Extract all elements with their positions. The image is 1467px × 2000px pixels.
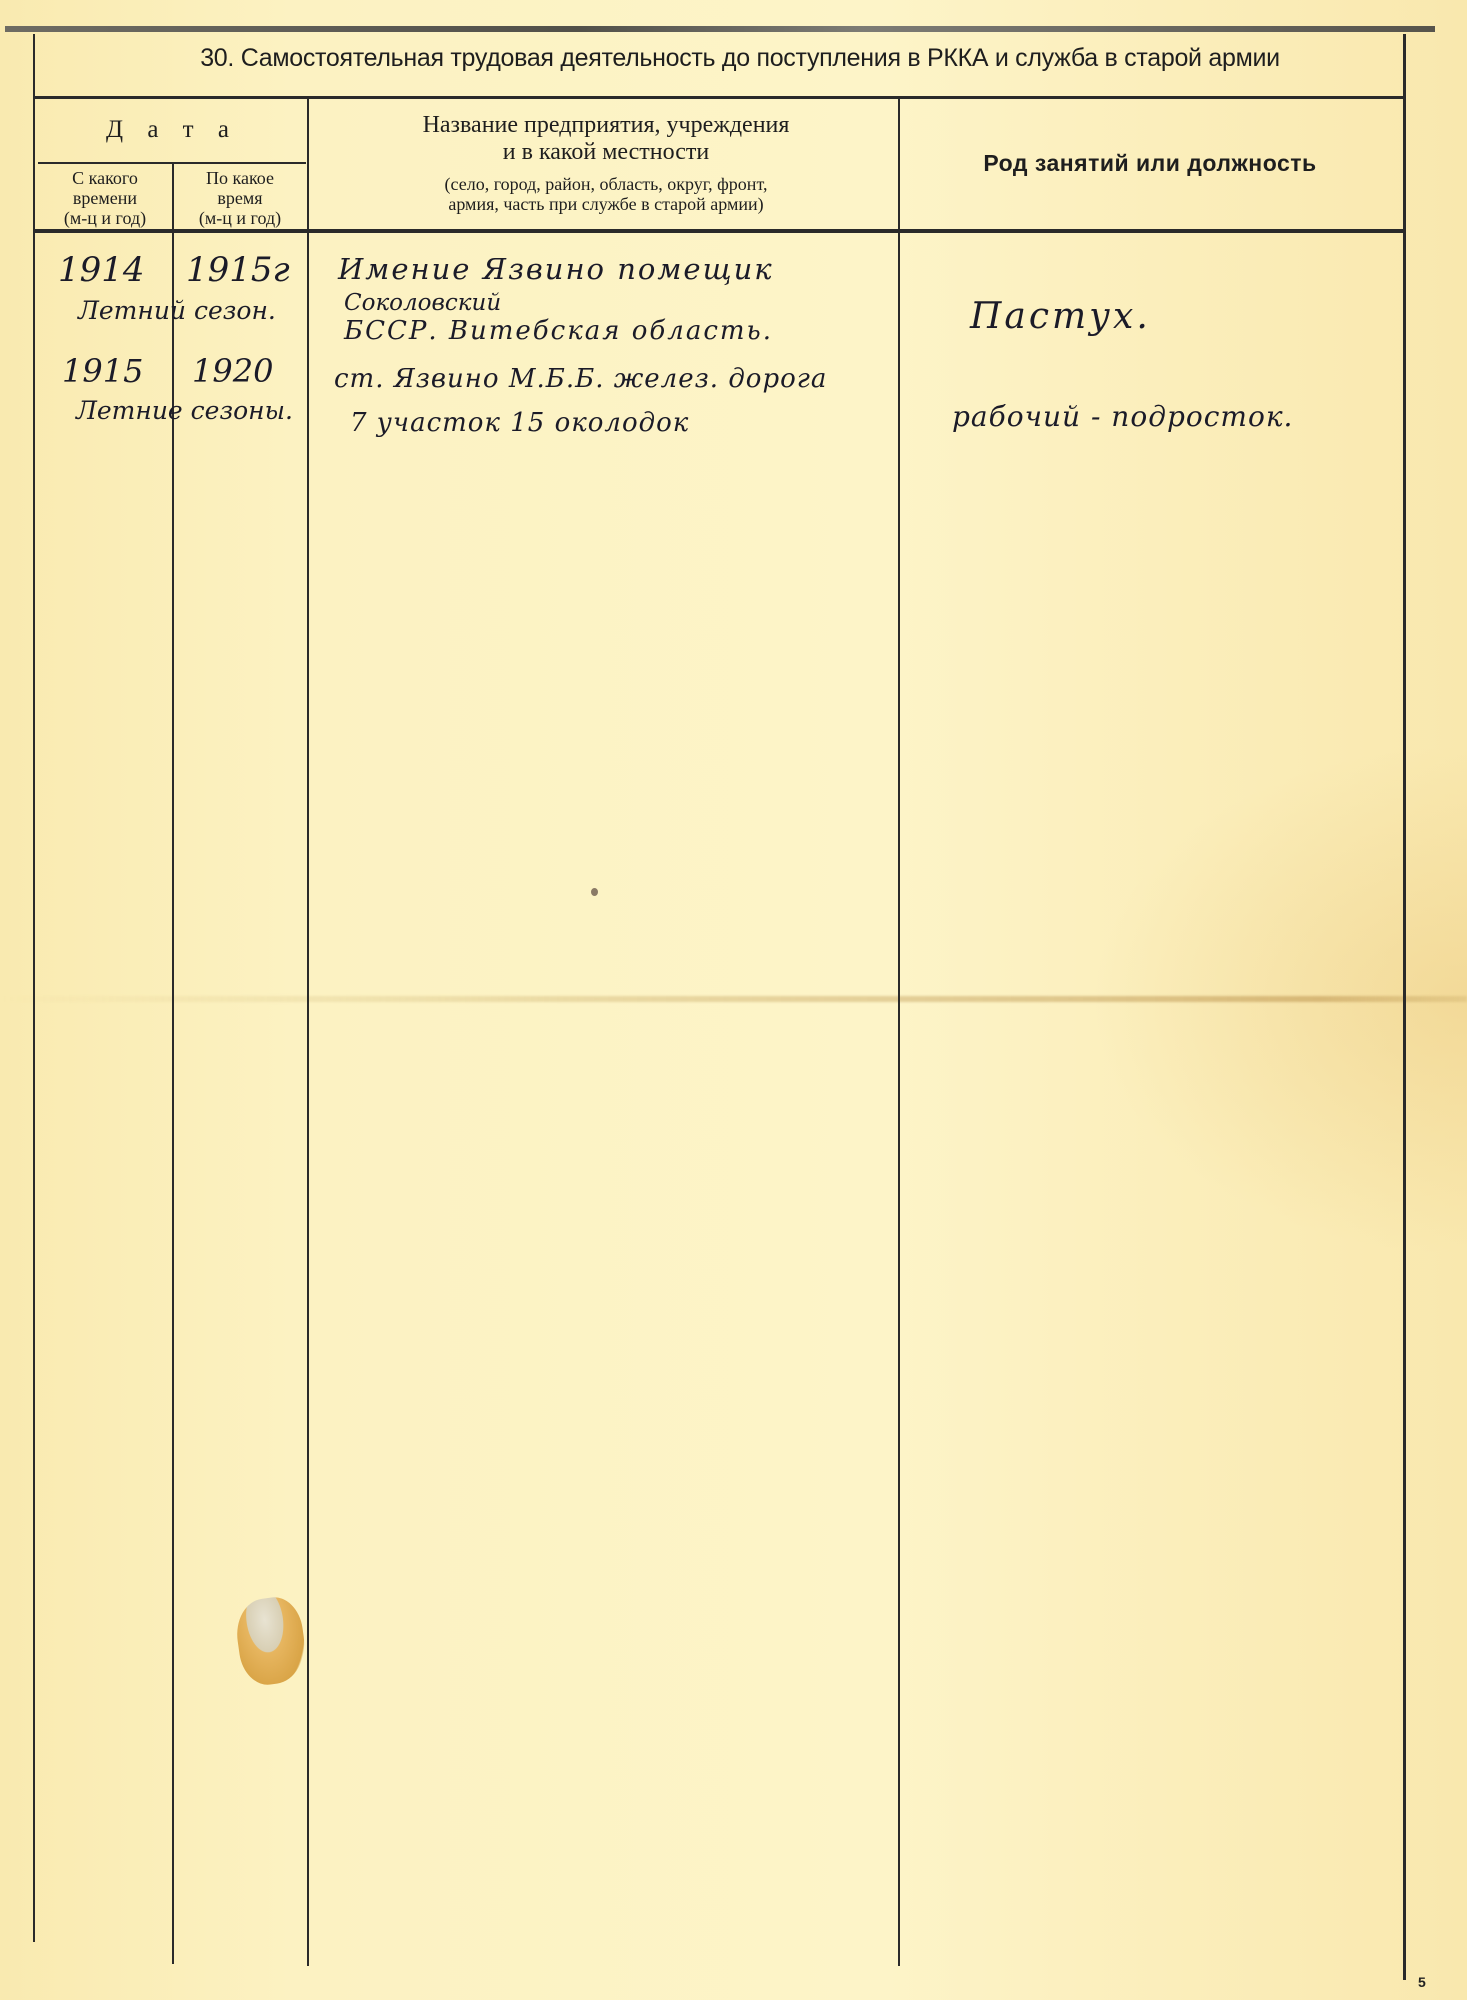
header-bottom-rule [33,229,1405,233]
row-occupation: Пастух. [970,296,1151,337]
row-organization-line: 7 участок 15 околодок [350,408,689,438]
header-organization: Название предприятия, учреждения и в как… [316,112,896,166]
row-organization-line: БССР. Витебская область. [344,316,773,346]
paper-fold-crease [0,996,1467,1002]
row-period-note: Летние сезоны. [76,396,293,425]
column-line-organization [307,96,309,1966]
header-organization-note: (село, город, район, область, округ, фро… [316,174,896,214]
title-bottom-rule [33,96,1405,99]
row-organization-line: Соколовский [344,290,501,316]
column-line-left [33,96,35,1942]
column-line-date-split [172,164,174,1964]
row-date-to: 1915г [186,250,290,290]
frame-left-line [33,34,35,96]
row-date-to: 1920 [192,352,273,390]
row-period-note: Летний сезон. [78,296,276,325]
row-organization-line: Имение Язвино помещик [338,252,774,286]
frame-right-line [1403,34,1406,1980]
row-occupation: рабочий - подросток. [952,400,1293,433]
header-occupation: Род занятий или должность [900,150,1400,177]
row-date-from: 1914 [58,250,145,290]
header-date-to: По какое время (м-ц и год) [174,168,306,228]
column-line-occupation [898,96,900,1966]
row-organization-line: ст. Язвино М.Б.Б. желез. дорога [334,364,827,394]
header-date-from: С какого времени (м-ц и год) [38,168,172,228]
paper-stain [232,1594,309,1688]
page-number: 5 [1418,1974,1426,1990]
top-border-rule [5,26,1435,32]
header-date: Д а т а [36,116,308,144]
section-title: 30. Самостоятельная трудовая деятельност… [40,44,1440,73]
row-date-from: 1915 [62,352,143,390]
ink-speck [591,888,598,896]
